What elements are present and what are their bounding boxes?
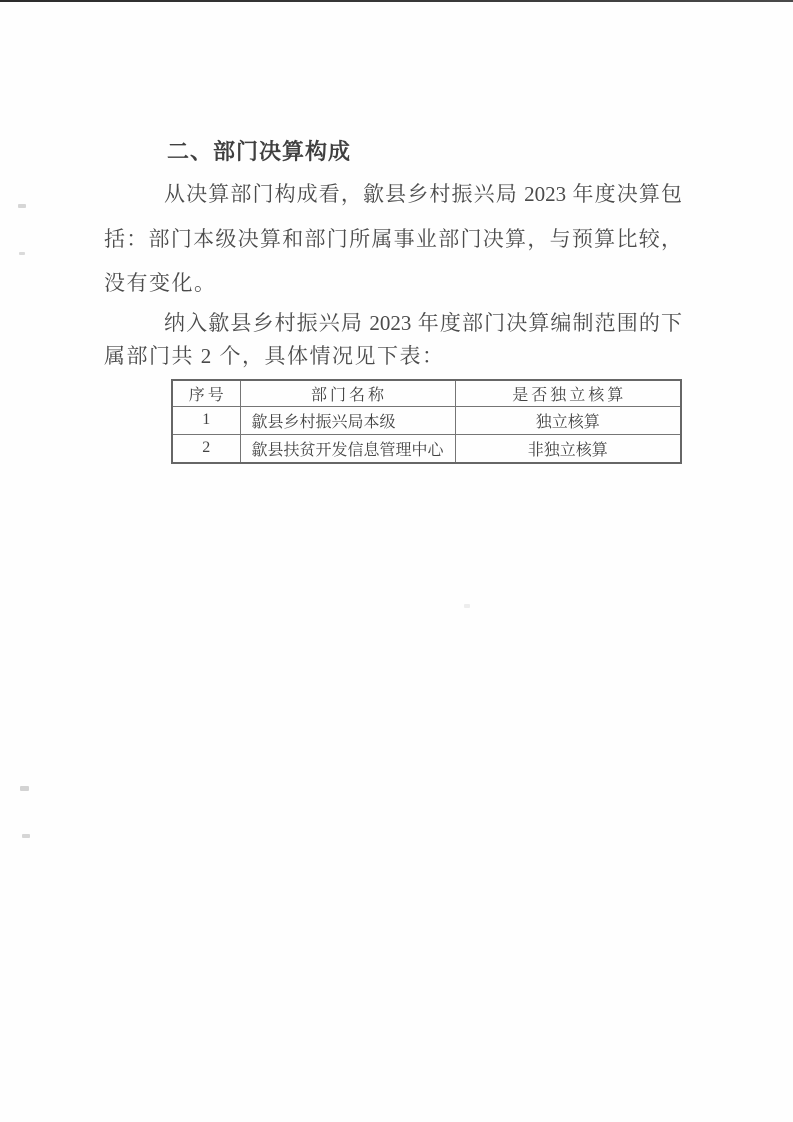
paragraph1-line3: 没有变化。 xyxy=(104,271,682,301)
section-heading: 二、部门决算构成 xyxy=(167,139,351,165)
departments-table: 序号 部门名称 是否独立核算 1 歙县乡村振兴局本级 独立核算 2 歙县扶贫开发… xyxy=(171,379,682,464)
col-header-index: 序号 xyxy=(172,380,240,406)
paragraph2-line2: 属部门共 2 个，具体情况见下表： xyxy=(104,344,682,374)
table-header-row: 序号 部门名称 是否独立核算 xyxy=(172,380,681,406)
cell-dept-name: 歙县乡村振兴局本级 xyxy=(240,406,455,434)
scan-edge-artifact xyxy=(0,0,793,2)
cell-dept-name: 歙县扶贫开发信息管理中心 xyxy=(240,434,455,463)
col-header-dept-name: 部门名称 xyxy=(240,380,455,406)
cell-index: 1 xyxy=(172,406,240,434)
table-row: 2 歙县扶贫开发信息管理中心 非独立核算 xyxy=(172,434,681,463)
scan-speckle xyxy=(464,604,470,608)
cell-accounting: 独立核算 xyxy=(455,406,681,434)
scan-speckle xyxy=(19,252,25,255)
paragraph2-line1: 纳入歙县乡村振兴局 2023 年度部门决算编制范围的下 xyxy=(104,311,682,341)
paragraph1-line2: 括：部门本级决算和部门所属事业部门决算，与预算比较， xyxy=(104,227,682,257)
document-page: 二、部门决算构成 从决算部门构成看，歙县乡村振兴局 2023 年度决算包 括：部… xyxy=(0,0,793,1122)
scan-speckle xyxy=(18,204,26,208)
cell-index: 2 xyxy=(172,434,240,463)
scan-speckle xyxy=(20,786,29,791)
cell-accounting: 非独立核算 xyxy=(455,434,681,463)
table-row: 1 歙县乡村振兴局本级 独立核算 xyxy=(172,406,681,434)
scan-speckle xyxy=(22,834,30,838)
paragraph1-line1: 从决算部门构成看，歙县乡村振兴局 2023 年度决算包 xyxy=(104,182,682,212)
col-header-accounting: 是否独立核算 xyxy=(455,380,681,406)
